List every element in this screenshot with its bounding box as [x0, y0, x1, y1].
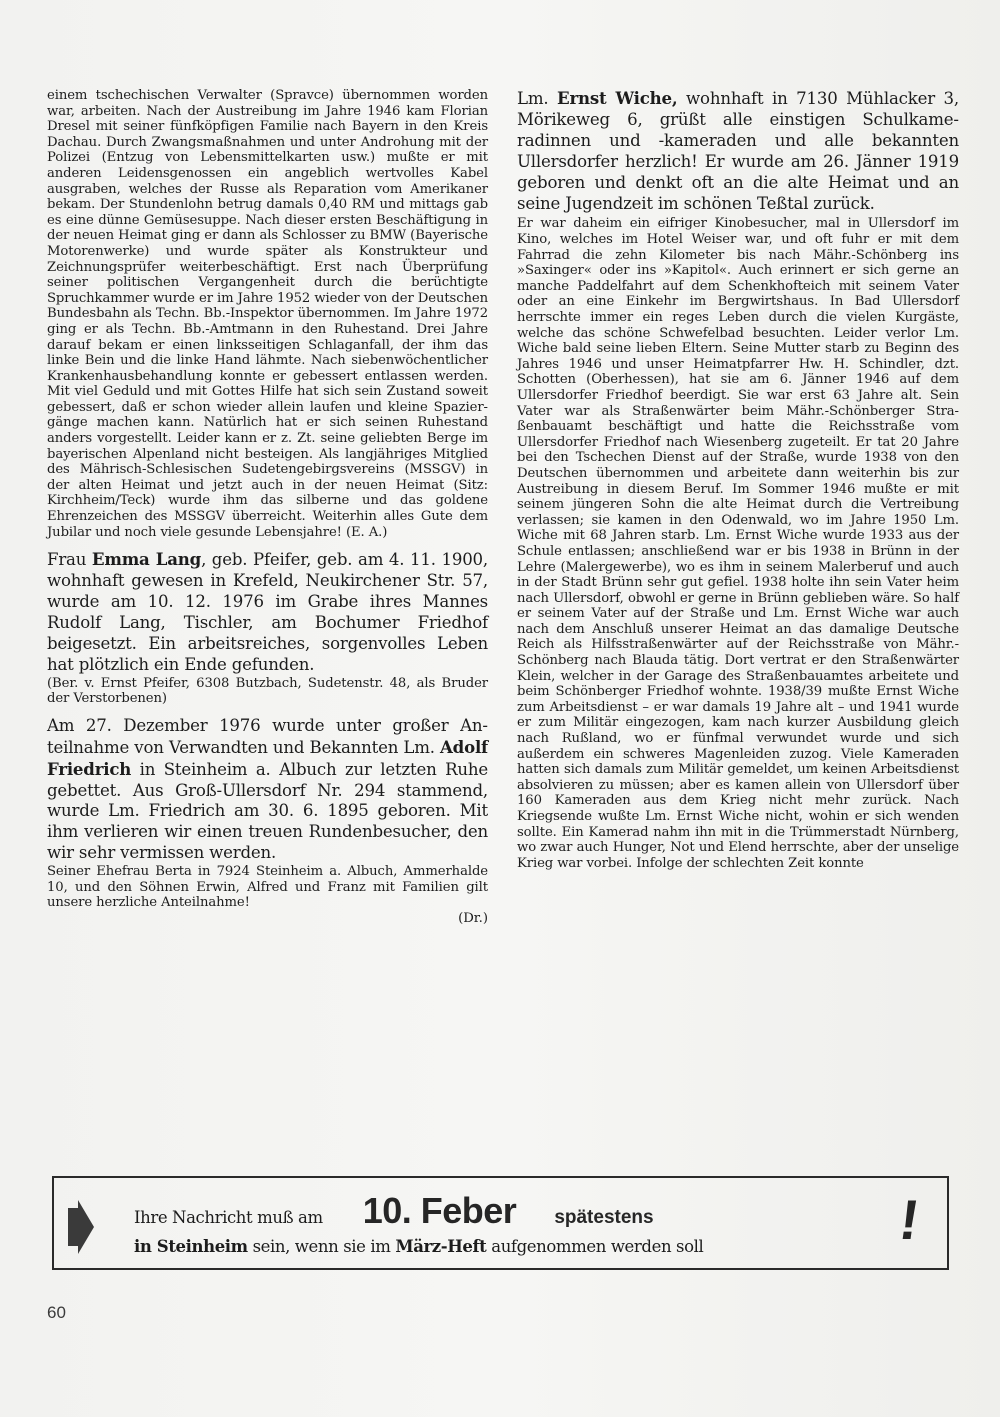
notice-place: in Steinheim — [134, 1237, 248, 1256]
arrow-right-icon — [68, 1200, 94, 1254]
emma-lang-prefix: Frau — [47, 550, 92, 569]
exclamation-mark: ! — [896, 1192, 923, 1248]
ernst-wiche-name: Ernst Wiche, — [557, 88, 677, 108]
adolf-friedrich-prefix: Am 27. Dezember 1976 wurde unter großer … — [47, 716, 488, 757]
article-ernst-wiche-body: Er war daheim ein eifriger Kinobesucher,… — [517, 216, 959, 871]
deadline-notice-box: Ihre Nachricht muß am 10. Feber späteste… — [52, 1176, 949, 1270]
article-adolf-friedrich: Am 27. Dezember 1976 wurde unter großer … — [47, 716, 488, 864]
right-column: Lm. Ernst Wiche, wohnhaft in 7130 Mühlac… — [517, 88, 959, 871]
adolf-friedrich-condolence: Seiner Ehefrau Berta in 7924 Steinheim a… — [47, 864, 488, 911]
emma-lang-name: Emma Lang — [92, 549, 201, 569]
left-column: einem tschechischen Verwalter (Spravce) … — [47, 88, 488, 927]
adolf-friedrich-signature: (Dr.) — [47, 911, 488, 927]
notice-line-2: in Steinheim sein, wenn sie im März-Heft… — [134, 1237, 703, 1256]
page-number: 60 — [47, 1303, 66, 1323]
notice-line-1: Ihre Nachricht muß am 10. Feber späteste… — [134, 1190, 654, 1232]
article-emma-lang: Frau Emma Lang, geb. Pfeifer, geb. am 4.… — [47, 549, 488, 675]
notice-deadline-date: 10. Feber — [363, 1190, 517, 1232]
article-florian-dresel-continuation: einem tschechischen Verwalter (Spravce) … — [47, 88, 488, 540]
notice-end-text: aufgenommen werden soll — [486, 1237, 703, 1256]
emma-lang-credit: (Ber. v. Ernst Pfeifer, 6308 Butzbach, S… — [47, 676, 488, 707]
ernst-wiche-prefix: Lm. — [517, 89, 557, 108]
notice-issue: März-Heft — [395, 1237, 486, 1256]
notice-mid-text: sein, wenn sie im — [248, 1237, 396, 1256]
notice-lead-text: Ihre Nachricht muß am — [134, 1208, 323, 1227]
document-page: einem tschechischen Verwalter (Spravce) … — [0, 0, 1000, 1417]
notice-deadline-word: spätestens — [554, 1207, 653, 1229]
article-ernst-wiche-intro: Lm. Ernst Wiche, wohnhaft in 7130 Mühlac… — [517, 88, 959, 214]
